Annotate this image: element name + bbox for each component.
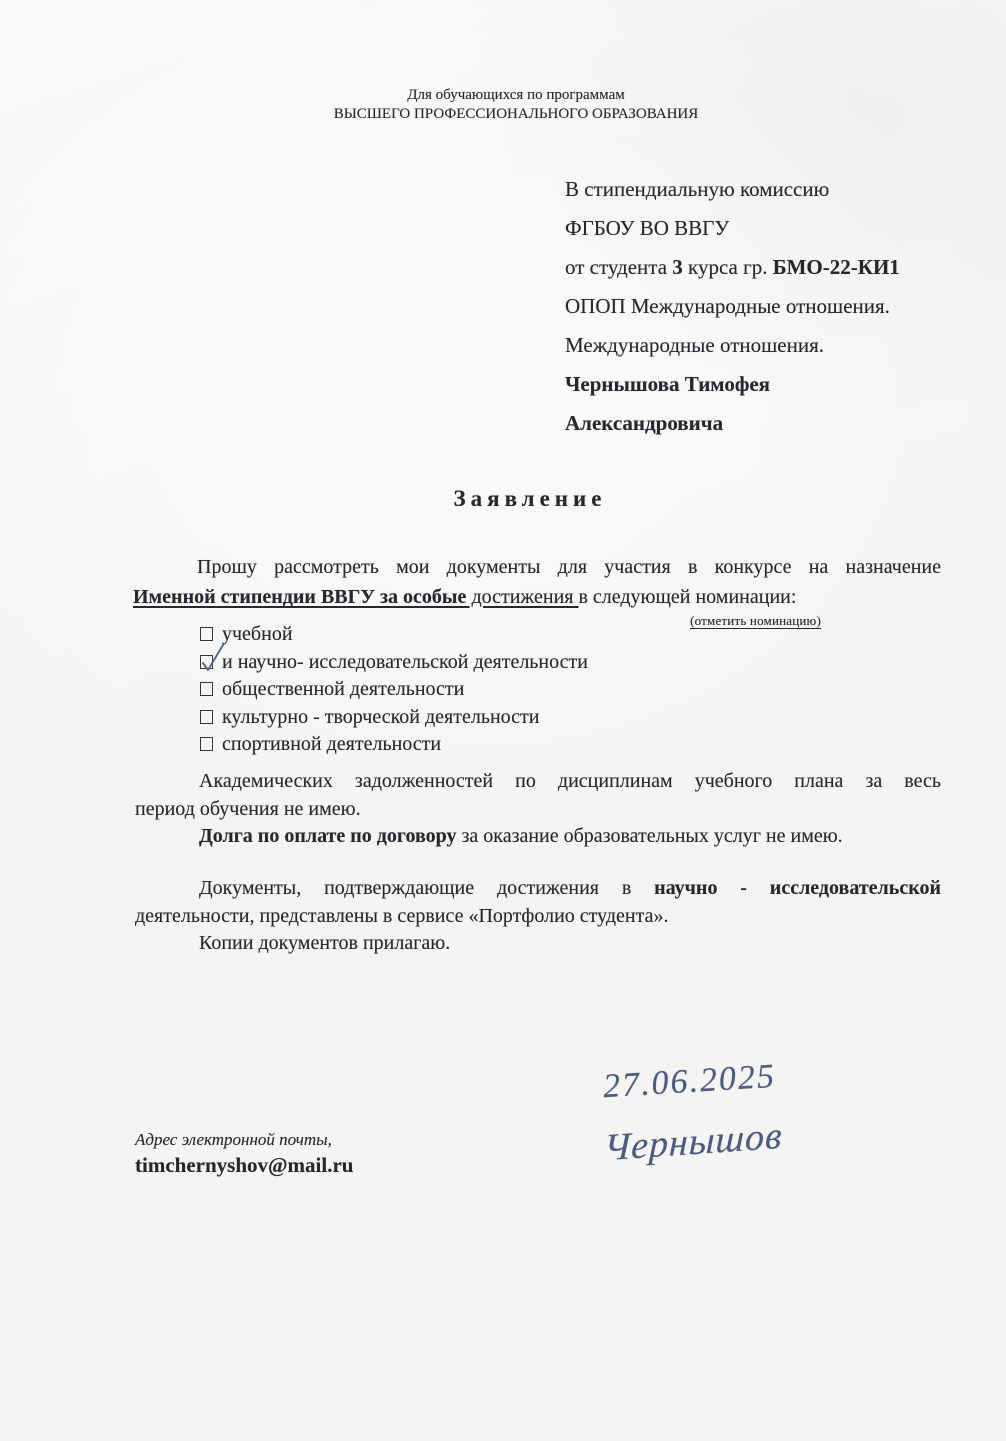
nomination-item-social: общественной деятельности	[200, 676, 588, 704]
nomination-label: спортивной деятельности	[222, 733, 441, 755]
request-paragraph: Прошу рассмотреть мои документы для учас…	[133, 552, 941, 628]
checkbox-icon	[200, 737, 213, 751]
nomination-item-study: учебной	[200, 621, 588, 649]
document-header: Для обучающихся по программам ВЫСШЕГО ПР…	[13, 86, 1006, 124]
checkbox-icon	[200, 710, 213, 724]
documents-line1: Документы, подтверждающие достижения в н…	[135, 875, 941, 903]
documents-line1-text: Документы, подтверждающие достижения в	[199, 877, 654, 899]
academic-debts-line2: период обучения не имею.	[135, 796, 941, 824]
program-line: ОПОП Международные отношения.	[565, 287, 900, 326]
student-name: Чернышова Тимофея	[565, 365, 900, 404]
document-title: Заявление	[27, 486, 1006, 512]
recipient-university: ФГБОУ ВО ВВГУ	[565, 209, 900, 248]
checkbox-icon	[200, 682, 213, 696]
checkmark-icon	[197, 639, 227, 673]
academic-debts-line1: Академических задолженностей по дисципли…	[135, 768, 941, 796]
handwritten-date: 27.06.2025	[602, 1058, 777, 1106]
documents-line2: деятельности, представлены в сервисе «По…	[135, 903, 941, 931]
request-line1: Прошу рассмотреть мои документы для учас…	[133, 552, 941, 582]
nomination-label: общественной деятельности	[222, 678, 464, 700]
nomination-label: и научно- исследовательской деятельности	[222, 651, 588, 673]
email-label: Адрес электронной почты,	[135, 1130, 353, 1150]
handwritten-signature: Чернышов	[603, 1114, 783, 1171]
student-line-text2: курса гр.	[683, 255, 773, 279]
program-line2: Международные отношения.	[565, 326, 900, 365]
request-line2: Именной стипендии ВВГУ за особые достиже…	[133, 582, 941, 612]
scanned-application-page: Для обучающихся по программам ВЫСШЕГО ПР…	[0, 0, 1006, 1441]
no-debts-paragraph: Академических задолженностей по дисципли…	[135, 768, 941, 851]
nomination-item-sports: спортивной деятельности	[200, 731, 588, 759]
header-line1: Для обучающихся по программам	[13, 86, 1006, 105]
header-line2: ВЫСШЕГО ПРОФЕССИОНАЛЬНОГО ОБРАЗОВАНИЯ	[13, 105, 1006, 124]
scholarship-name: Именной стипендии ВВГУ за особые	[133, 586, 466, 608]
group-code: БМО-22-КИ1	[773, 255, 900, 279]
copies-line: Копии документов прилагаю.	[135, 930, 941, 958]
documents-paragraph: Документы, подтверждающие достижения в н…	[135, 875, 941, 958]
payment-debt-bold: Долга по оплате по договору	[199, 825, 457, 847]
nomination-item-cultural: культурно - творческой деятельности	[200, 704, 588, 732]
student-patronymic: Александровича	[565, 404, 900, 443]
email-block: Адрес электронной почты, timchernyshov@m…	[135, 1130, 353, 1177]
checkbox-icon	[200, 655, 213, 669]
recipient-committee: В стипендиальную комиссию	[565, 170, 900, 209]
documents-line1-bold: научно - исследовательской	[654, 877, 941, 899]
student-line-text1: от студента	[565, 255, 672, 279]
recipient-student-line: от студента 3 курса гр. БМО-22-КИ1	[565, 248, 900, 287]
email-address: timchernyshov@mail.ru	[135, 1153, 353, 1177]
payment-debt-rest: за оказание образовательных услуг не име…	[457, 825, 843, 847]
nomination-checklist: учебной и научно- исследовательской деят…	[200, 621, 588, 759]
payment-debt-line: Долга по оплате по договору за оказание …	[135, 823, 941, 851]
scholarship-name-tail: достижения	[466, 586, 578, 608]
request-line2-rest: в следующей номинации:	[578, 586, 796, 608]
course-number: 3	[672, 255, 683, 279]
nomination-label: культурно - творческой деятельности	[222, 706, 540, 728]
nomination-item-research: и научно- исследовательской деятельности	[200, 649, 588, 677]
nomination-label: учебной	[222, 623, 293, 645]
recipient-block: В стипендиальную комиссию ФГБОУ ВО ВВГУ …	[565, 170, 900, 443]
